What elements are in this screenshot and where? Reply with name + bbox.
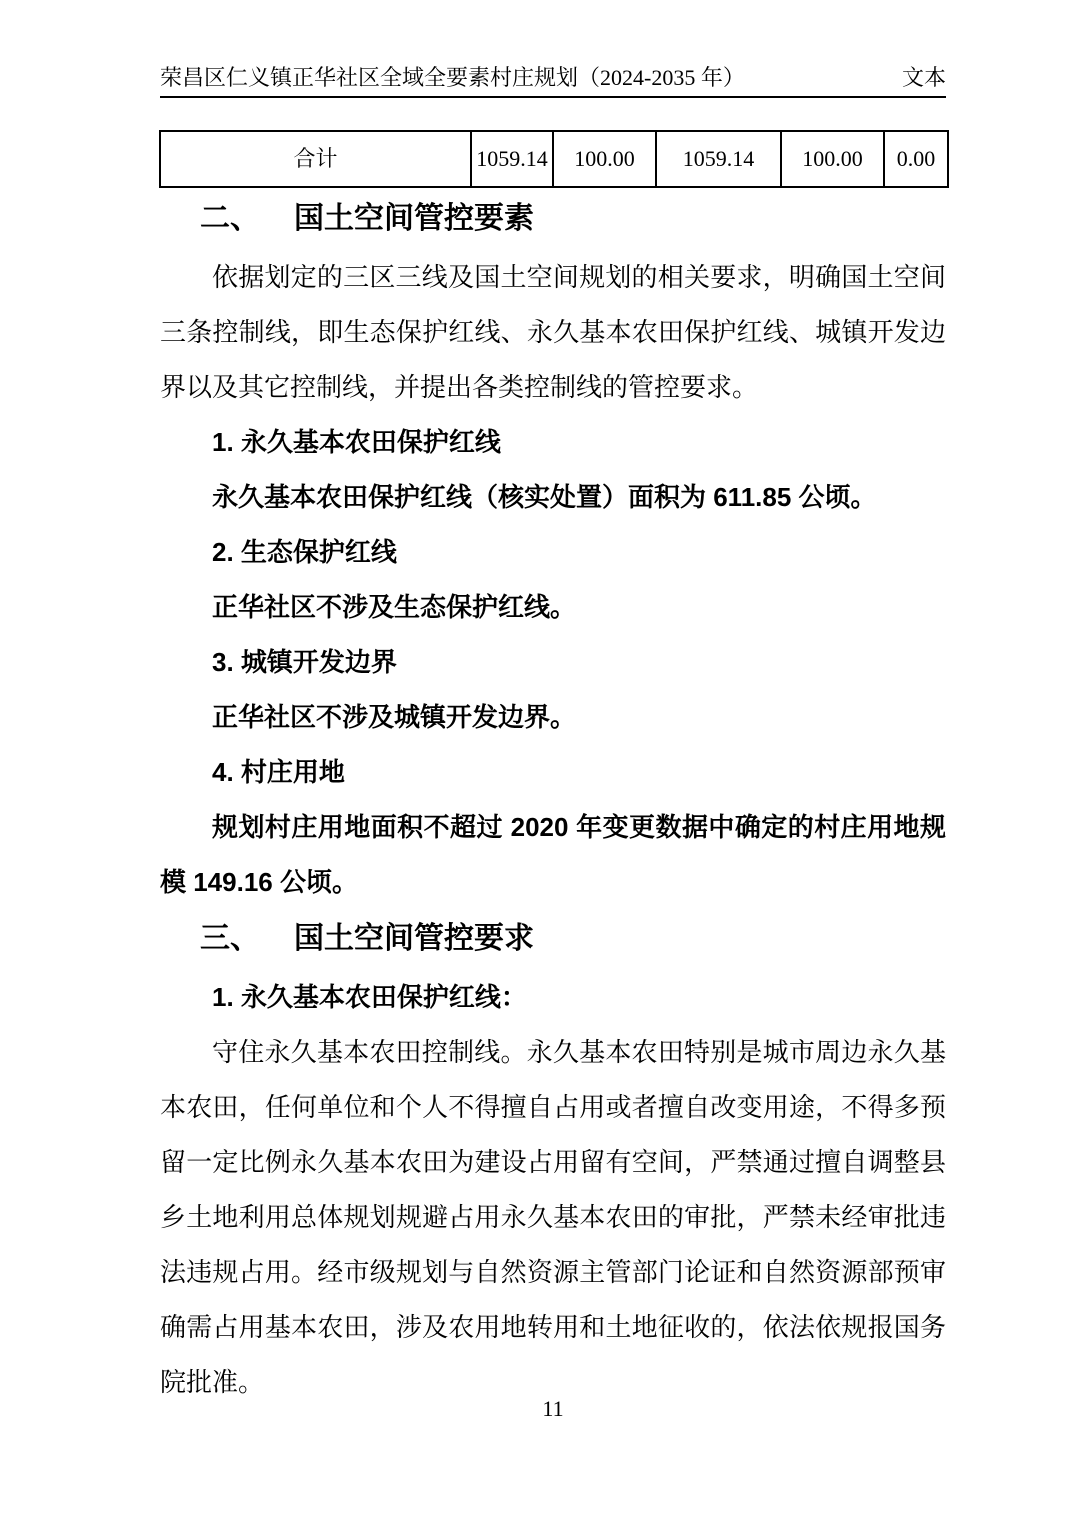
page-header: 荣昌区仁义镇正华社区全域全要素村庄规划（2024-2035 年） 文本: [160, 64, 946, 98]
section-2-item-3-body: 正华社区不涉及城镇开发边界。: [160, 690, 946, 745]
section-2-item-2-body: 正华社区不涉及生态保护红线。: [160, 580, 946, 635]
section-3-heading: 三、国土空间管控要求: [160, 916, 946, 962]
section-3-item-1-label: 1. 永久基本农田保护红线：: [160, 970, 946, 1025]
section-2-number: 二、: [200, 202, 260, 235]
section-2-item-3-label: 3. 城镇开发边界: [160, 635, 946, 690]
table-cell-area-2: 1059.14: [656, 131, 781, 187]
document-body: 二、国土空间管控要素 依据划定的三区三线及国土空间规划的相关要求，明确国土空间三…: [160, 190, 946, 1410]
section-3-number: 三、: [200, 922, 260, 955]
table-cell-total-label: 合计: [160, 131, 471, 187]
section-2-heading: 二、国土空间管控要素: [160, 196, 946, 242]
section-2-intro-paragraph: 依据划定的三区三线及国土空间规划的相关要求，明确国土空间三条控制线，即生态保护红…: [160, 250, 946, 415]
header-doc-type: 文本: [902, 64, 946, 92]
section-2-item-4-label: 4. 村庄用地: [160, 745, 946, 800]
table-cell-delta: 0.00: [884, 131, 948, 187]
section-2-item-2-label: 2. 生态保护红线: [160, 525, 946, 580]
summary-table: 合计 1059.14 100.00 1059.14 100.00 0.00: [159, 130, 949, 188]
section-2-item-1-label: 1. 永久基本农田保护红线: [160, 415, 946, 470]
table-cell-percent-2: 100.00: [781, 131, 884, 187]
section-3-paragraph: 守住永久基本农田控制线。永久基本农田特别是城市周边永久基本农田，任何单位和个人不…: [160, 1025, 946, 1410]
section-2-title: 国土空间管控要素: [294, 202, 534, 235]
section-2-item-1-body: 永久基本农田保护红线（核实处置）面积为 611.85 公顷。: [160, 470, 946, 525]
document-page: 荣昌区仁义镇正华社区全域全要素村庄规划（2024-2035 年） 文本 合计 1…: [0, 0, 1074, 1520]
page-number: 11: [160, 1396, 946, 1422]
table-cell-area-1: 1059.14: [471, 131, 553, 187]
table-cell-percent-1: 100.00: [553, 131, 656, 187]
table-row: 合计 1059.14 100.00 1059.14 100.00 0.00: [160, 131, 948, 187]
section-2-item-4-body: 规划村庄用地面积不超过 2020 年变更数据中确定的村庄用地规模 149.16 …: [160, 800, 946, 910]
section-3-title: 国土空间管控要求: [294, 922, 534, 955]
header-title: 荣昌区仁义镇正华社区全域全要素村庄规划（2024-2035 年）: [160, 64, 745, 92]
